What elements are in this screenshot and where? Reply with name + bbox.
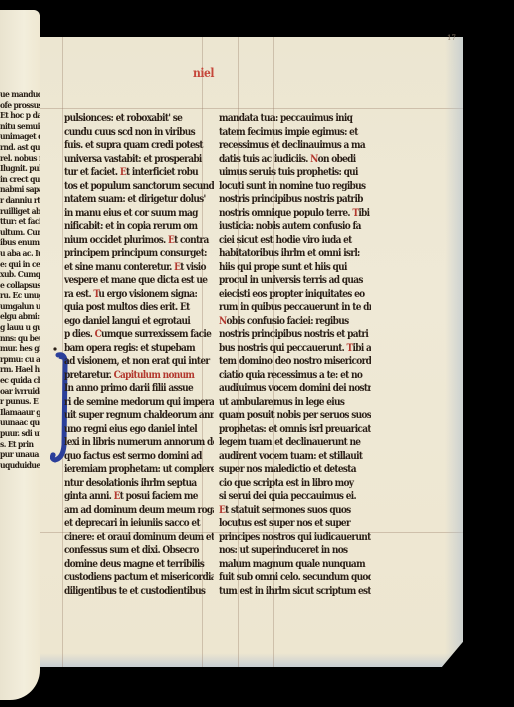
text-line: ultum. Cum r xyxy=(0,228,40,239)
text-line: In anno primo darii filii assue xyxy=(64,382,214,396)
text-line: pur unaua xyxy=(0,450,40,461)
text-line: cinere: et oraui dominum deum et xyxy=(64,531,214,545)
text-line: nificabit: et in copia rerum om xyxy=(64,220,214,234)
rubricated-letter: N xyxy=(310,154,318,165)
text-line: ri de semine medorum qui impera xyxy=(64,396,214,410)
text-line: rel. nobus ma xyxy=(0,154,40,165)
text-line: lexi in libris numerum annorum de xyxy=(64,436,214,450)
text-line: oar ivrruide xyxy=(0,387,40,398)
text-line: uquduidue xyxy=(0,461,40,472)
text-line: recessimus et declinauimus a ma xyxy=(219,139,371,153)
text-line: nium occidet plurimos. Et contra xyxy=(64,234,214,248)
text-line: habitatoribus ihrlm et omni isrl: xyxy=(219,247,371,261)
text-line: ciei sicut est hodie viro iuda et xyxy=(219,234,371,248)
text-line: tos et populum sanctorum secundu volu xyxy=(64,180,214,194)
text-line: fuit sub omni celo. secundum quod fac xyxy=(219,571,371,585)
text-line: tur et faciet. Et interficiet robu xyxy=(64,166,214,180)
text-line: am ad dominum deum meum rogare xyxy=(64,504,214,518)
text-line: uno regni eius ego daniel intel xyxy=(64,423,214,437)
rubricated-letter: N xyxy=(219,316,227,327)
text-line: puur. sdi uu xyxy=(0,429,40,440)
text-line: rnd. ast quem xyxy=(0,143,40,154)
text-line: bus nostris qui peccauerunt. Tibi au xyxy=(219,342,371,356)
text-line: r danniu rt a xyxy=(0,196,40,207)
text-line: rm. Hael hue xyxy=(0,365,40,376)
text-line: diligentibus te et custodientibus xyxy=(64,585,214,599)
text-line: Ilugnit. pulis xyxy=(0,164,40,175)
text-line: nostris principibus nostris patrib xyxy=(219,193,371,207)
text-line: in crect quod lum xyxy=(0,175,40,186)
text-line: custodiens pactum et misericordiam xyxy=(64,571,214,585)
text-line: locuti sunt in nomine tuo regibus xyxy=(219,180,371,194)
text-line: et deprecari in ieiuniis sacco et xyxy=(64,517,214,531)
text-line: elgu abmi: u xyxy=(0,312,40,323)
text-line: nostris omnique populo terre. Tibi dne xyxy=(219,207,371,221)
text-line: ntur desolationis ihrlm septua xyxy=(64,477,214,491)
text-line: domine deus magne et terribilis xyxy=(64,558,214,572)
text-line: et sine manu conteretur. Et visio xyxy=(64,261,214,275)
text-line: ruilliget ab xyxy=(0,207,40,218)
rubricated-letter: E xyxy=(219,505,225,516)
text-line: principes nostros qui iudicauerunt xyxy=(219,531,371,545)
text-line: ibus enum nota xyxy=(0,238,40,249)
text-line: ad visionem, et non erat qui inter xyxy=(64,355,214,369)
text-column-right: mandata tua: peccauimus iniqtatem fecimu… xyxy=(219,112,371,598)
text-line: principem principum consurget: xyxy=(64,247,214,261)
text-line: uit super regnum chaldeorum anno xyxy=(64,409,214,423)
text-line: bam opera regis: et stupebam xyxy=(64,342,214,356)
chapter-heading: Capitulum nonum xyxy=(114,370,195,381)
text-line: Et hoc p das xyxy=(0,111,40,122)
text-column-left: pulsionces: et roboxabit' secundu cuus s… xyxy=(64,112,214,598)
text-line: ieremiam prophetam: ut complere xyxy=(64,463,214,477)
ruling-line xyxy=(40,108,463,109)
text-line: mur. hes gi xyxy=(0,344,40,355)
text-line: quia post multos dies erit. Et xyxy=(64,301,214,315)
text-line: ginta anni. Et posui faciem me xyxy=(64,490,214,504)
text-line: nostris principibus nostris et patri xyxy=(219,328,371,342)
text-line: ru. Ec unugu xyxy=(0,291,40,302)
text-line: umgalun ua xyxy=(0,302,40,313)
text-line: nos: ut superinduceret in nos xyxy=(219,544,371,558)
text-line: ttur: et facit ui xyxy=(0,217,40,228)
text-line: ue manduc ut xyxy=(0,90,40,101)
rubricated-letter: C xyxy=(95,329,101,340)
text-line: universa vastabit: et prosperabi xyxy=(64,153,214,167)
text-line: legem tuam et declinauerunt ne xyxy=(219,436,371,450)
facing-page-fragment: ue manduc utofe prossus maEt hoc p dasni… xyxy=(0,10,40,700)
text-line: cio que scripta est in libro moy xyxy=(219,477,371,491)
folio-mark: 17 xyxy=(447,34,456,42)
text-line: e collapsus fum xyxy=(0,281,40,292)
text-line: pretaretur. Capitulum nonum xyxy=(64,369,214,383)
text-line: quam posuit nobis per seruos suos xyxy=(219,409,371,423)
text-line: vespere et mane que dicta est ue xyxy=(64,274,214,288)
text-line: g lauu u gula xyxy=(0,323,40,334)
text-line: e: qui in ce lug xyxy=(0,260,40,271)
rubricated-letter: T xyxy=(347,343,353,354)
running-head: niel xyxy=(193,66,214,80)
text-line: nns: qu beu xyxy=(0,334,40,345)
text-line: uimus seruis tuis prophetis: qui xyxy=(219,166,371,180)
rubricated-letter: E xyxy=(174,262,180,273)
text-line: procul in universis terris ad quas xyxy=(219,274,371,288)
text-line: si serui dei quia peccauimus ei. xyxy=(219,490,371,504)
text-line: s. Et prin xyxy=(0,440,40,451)
rubricated-letter: T xyxy=(93,289,98,300)
text-line: prophetas: et omnis isrl preuaricati xyxy=(219,423,371,437)
text-line: p dies. Cumque surrexissem facie xyxy=(64,328,214,342)
text-line: rpmu: cu ante xyxy=(0,355,40,366)
rubricated-letter: E xyxy=(120,167,126,178)
text-line: tum est in ihrlm sicut scriptum est xyxy=(219,585,371,599)
text-line: Nobis confusio faciei: regibus xyxy=(219,315,371,329)
text-line: fuis. et supra quam credi potest xyxy=(64,139,214,153)
text-line: quo factus est sermo domini ad xyxy=(64,450,214,464)
text-line: Ilamaaur ga xyxy=(0,408,40,419)
text-line: mandata tua: peccauimus iniq xyxy=(219,112,371,126)
text-line: ciatio quia recessimus a te: et no xyxy=(219,369,371,383)
rubricated-letter: T xyxy=(352,208,358,219)
text-line: ec quida cb: e xyxy=(0,376,40,387)
facing-page-text: ue manduc utofe prossus maEt hoc p dasni… xyxy=(0,90,40,471)
text-line: xub. Cumq bo xyxy=(0,270,40,281)
text-line: iusticia: nobis autem confusio fa xyxy=(219,220,371,234)
text-line: audiuimus vocem domini dei nostri xyxy=(219,382,371,396)
rubricated-letter: E xyxy=(168,235,174,246)
text-line: eiecisti eos propter iniquitates eo xyxy=(219,288,371,302)
text-line: nitu semuit xyxy=(0,122,40,133)
text-line: super nos maledictio et detesta xyxy=(219,463,371,477)
text-line: unimaget dus xyxy=(0,132,40,143)
rubricated-letter: E xyxy=(114,491,120,502)
text-line: in manu eius et cor suum mag xyxy=(64,207,214,221)
text-line: Et statuit sermones suos quos xyxy=(219,504,371,518)
text-line: malum magnum quale nunquam xyxy=(219,558,371,572)
text-line: ntatem suam: et dirigetur dolus' xyxy=(64,193,214,207)
text-line: uunaac quga xyxy=(0,418,40,429)
text-line: r punus. E au xyxy=(0,397,40,408)
text-line: tatem fecimus impie egimus: et xyxy=(219,126,371,140)
text-line: confessus sum et dixi. Obsecro xyxy=(64,544,214,558)
text-line: ut ambularemus in lege eius xyxy=(219,396,371,410)
text-line: hiis qui prope sunt et hiis qui xyxy=(219,261,371,275)
text-line: cundu cuus scd non in viribus xyxy=(64,126,214,140)
text-line: u aba ac. Iuxta xyxy=(0,249,40,260)
text-line: locutus est super nos et super xyxy=(219,517,371,531)
text-line: audirent vocem tuam: et stillauit xyxy=(219,450,371,464)
text-line: datis tuis ac iudiciis. Non obedi xyxy=(219,153,371,167)
text-line: ofe prossus ma xyxy=(0,101,40,112)
text-line: rum in quibus peccauerunt in te dne. xyxy=(219,301,371,315)
text-line: ego daniel langui et egrotaui xyxy=(64,315,214,329)
text-line: tem domino deo nostro misericordia et pr… xyxy=(219,355,371,369)
text-line: ra est. Tu ergo visionem signa: xyxy=(64,288,214,302)
text-line: pulsionces: et roboxabit' se xyxy=(64,112,214,126)
text-line: nabmi sapa xyxy=(0,185,40,196)
